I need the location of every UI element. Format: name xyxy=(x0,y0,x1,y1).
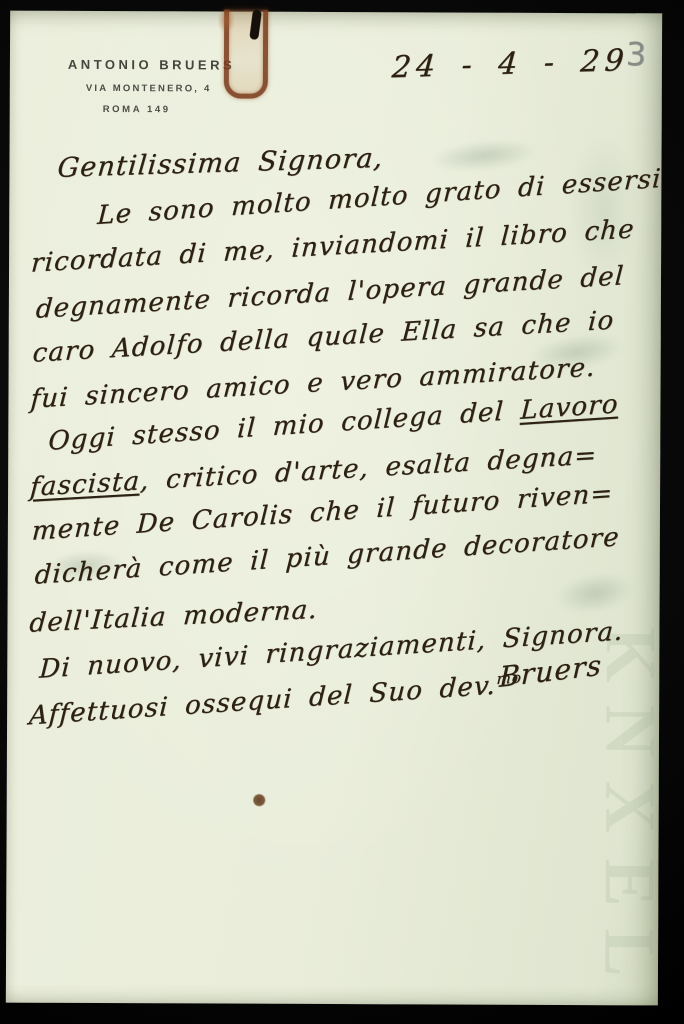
underlined-word-fascista: fascista xyxy=(29,466,141,502)
watermark-letter: L xyxy=(587,918,670,988)
ink-spot xyxy=(253,794,266,807)
signature: Bruers xyxy=(499,648,603,694)
body-line: dell'Italia moderna. xyxy=(28,595,319,639)
paperclip-dark-mark xyxy=(249,9,262,40)
watermark-letter: X xyxy=(588,772,671,842)
ink-showthrough-smudge xyxy=(569,133,640,283)
watermark-letter: N xyxy=(588,696,671,766)
salutation-line: Gentilissima Signora, xyxy=(56,143,385,184)
page-number-pencil: 3 xyxy=(625,35,647,74)
letter-paper: ANTONIO BRUERS VIA MONTENERO, 4 ROMA 149… xyxy=(6,11,662,1006)
paperclip-rust-stain xyxy=(224,10,268,99)
scanned-letter-page: ANTONIO BRUERS VIA MONTENERO, 4 ROMA 149… xyxy=(0,0,684,1024)
watermark-letter: E xyxy=(588,848,671,918)
underlined-word-lavoro: Lavoro xyxy=(520,389,620,426)
ink-showthrough-smudge xyxy=(428,135,540,176)
handwritten-date: 24 - 4 - 29 xyxy=(391,43,630,85)
ink-showthrough-smudge xyxy=(553,567,639,620)
letterhead-city: ROMA 149 xyxy=(103,104,171,115)
letterhead-name: ANTONIO BRUERS xyxy=(68,57,235,73)
letterhead-street: VIA MONTENERO, 4 xyxy=(86,83,212,95)
